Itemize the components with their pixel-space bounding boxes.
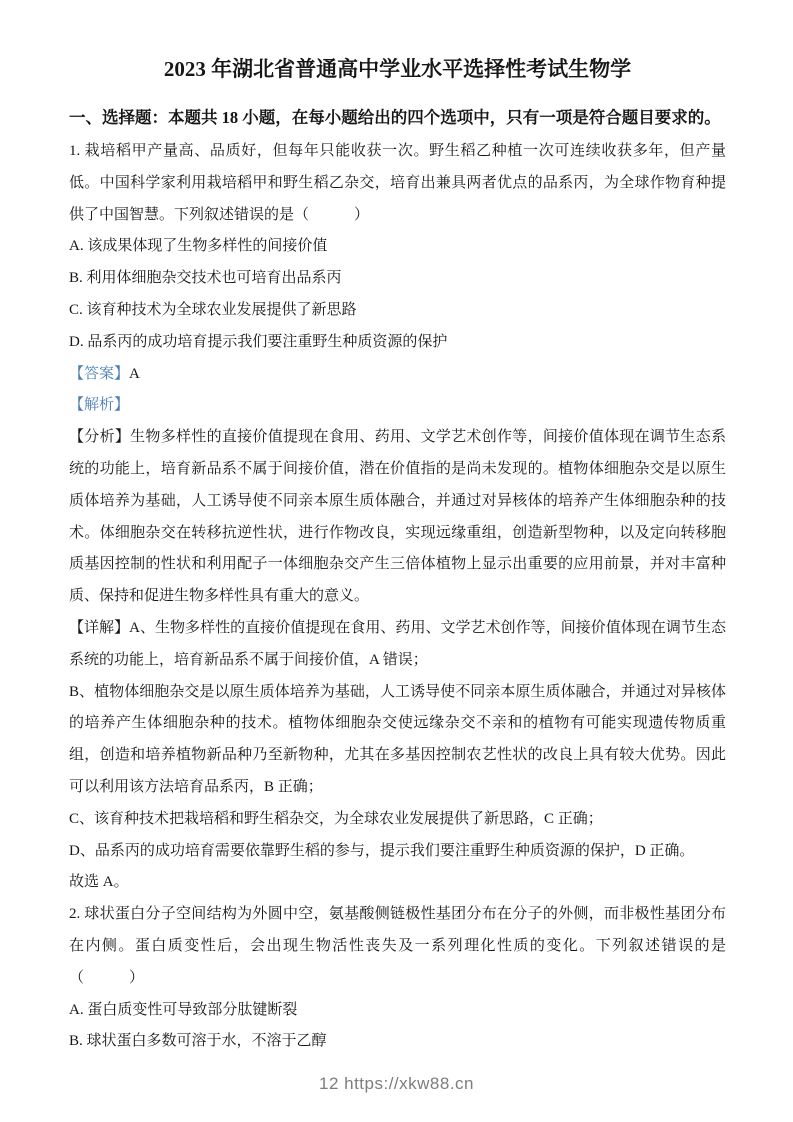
explanation-line: 【解析】 <box>69 390 726 422</box>
question-2: 2. 球状蛋白分子空间结构为外圆中空，氨基酸侧链极性基团分布在分子的外侧，而非极… <box>69 899 726 1058</box>
option-a: A. 该成果体现了生物多样性的间接价值 <box>69 231 726 263</box>
option-b: B. 球状蛋白多数可溶于水，不溶于乙醇 <box>69 1026 726 1058</box>
analysis-paragraph: 【分析】生物多样性的直接价值提现在食用、药用、文学艺术创作等，间接价值体现在调节… <box>69 422 726 613</box>
document-title: 2023 年湖北省普通高中学业水平选择性考试生物学 <box>69 54 726 84</box>
detail-paragraph-d: D、品系丙的成功培育需要依靠野生稻的参与，提示我们要注重野生种质资源的保护，D … <box>69 836 726 868</box>
option-a: A. 蛋白质变性可导致部分肽键断裂 <box>69 995 726 1027</box>
option-d: D. 品系丙的成功培育提示我们要注重野生种质资源的保护 <box>69 327 726 359</box>
conclusion-line: 故选 A。 <box>69 867 726 899</box>
page-footer-watermark: 12 https://xkw88.cn <box>0 1074 793 1094</box>
detail-paragraph-c: C、该育种技术把栽培稻和野生稻杂交，为全球农业发展提供了新思路，C 正确； <box>69 804 726 836</box>
answer-line: 【答案】A <box>69 359 726 391</box>
answer-label: 【答案】 <box>69 366 129 382</box>
option-b: B. 利用体细胞杂交技术也可培育出品系丙 <box>69 263 726 295</box>
explanation-label: 【解析】 <box>69 397 129 413</box>
section-heading: 一、选择题：本题共 18 小题，在每小题给出的四个选项中，只有一项是符合题目要求… <box>69 105 726 131</box>
detail-paragraph-b: B、植物体细胞杂交是以原生质体培养为基础，人工诱导使不同亲本原生质体融合，并通过… <box>69 677 726 804</box>
answer-value: A <box>129 366 140 382</box>
detail-paragraph-a: 【详解】A、生物多样性的直接价值提现在食用、药用、文学艺术创作等，间接价值体现在… <box>69 613 726 677</box>
question-stem: 2. 球状蛋白分子空间结构为外圆中空，氨基酸侧链极性基团分布在分子的外侧，而非极… <box>69 899 726 994</box>
question-1: 1. 栽培稻甲产量高、品质好，但每年只能收获一次。野生稻乙种植一次可连续收获多年… <box>69 136 726 899</box>
question-stem: 1. 栽培稻甲产量高、品质好，但每年只能收获一次。野生稻乙种植一次可连续收获多年… <box>69 136 726 231</box>
document-page: 2023 年湖北省普通高中学业水平选择性考试生物学 一、选择题：本题共 18 小… <box>0 0 793 1058</box>
option-c: C. 该育种技术为全球农业发展提供了新思路 <box>69 295 726 327</box>
